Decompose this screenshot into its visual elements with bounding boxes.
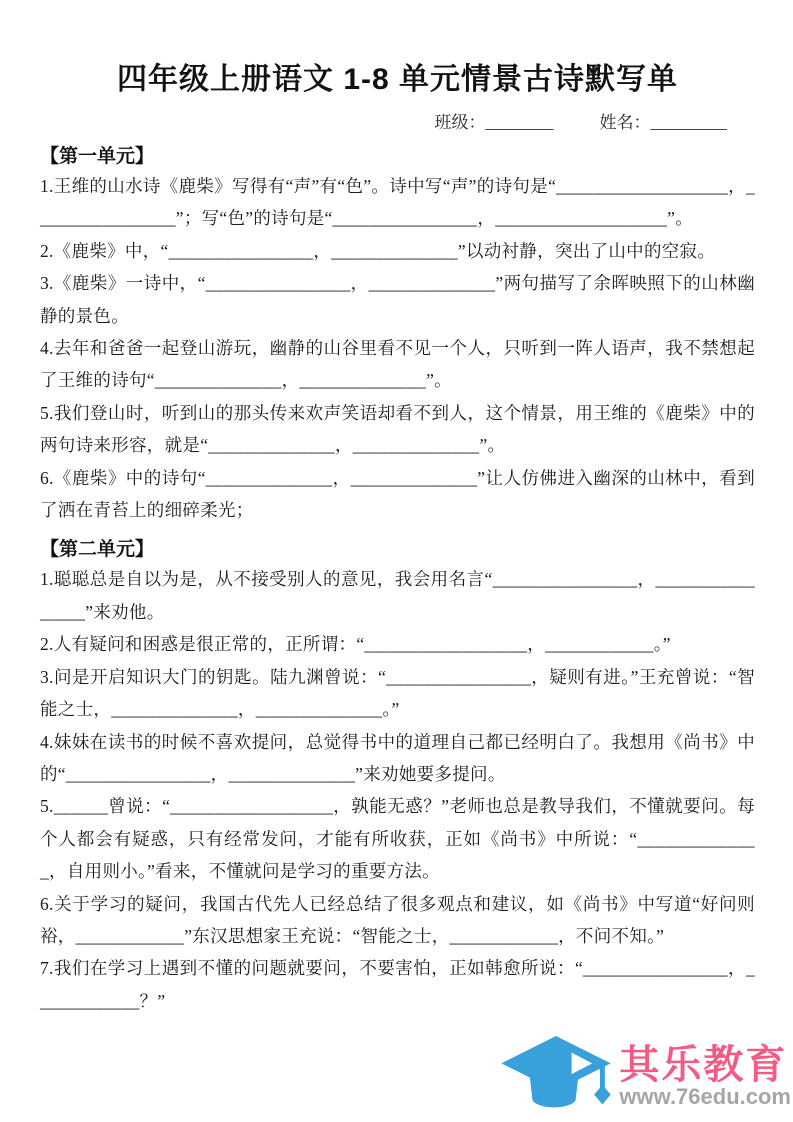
student-info-row: 班级：________ 姓名：_________ [40, 108, 755, 133]
unit2-question-6: 6.关于学习的疑问，我国古代先人已经总结了很多观点和建议，如《尚书》中写道“好问… [40, 888, 755, 953]
unit1-question-3: 3.《鹿柴》一诗中，“________________，____________… [40, 267, 755, 332]
unit2-question-5: 5.______曾说：“__________________，孰能无惑？”老师也… [40, 790, 755, 887]
brand-name: 其乐教育 [619, 1045, 791, 1085]
brand-logo: 其乐教育 www.76edu.com [497, 1034, 791, 1120]
unit2-question-1: 1.聪聪总是自以为是，从不接受别人的意见，我会用名言“_____________… [40, 563, 755, 628]
section-heading-unit2: 【第二单元】 [40, 534, 755, 561]
name-field: 姓名：_________ [600, 108, 728, 133]
unit2-question-3: 3.问是开启知识大门的钥匙。陆九渊曾说：“________________，疑则… [40, 661, 755, 726]
unit1-question-1: 1.王维的山水诗《鹿柴》写得有“声”有“色”。诗中写“声”的诗句是“______… [40, 170, 755, 235]
unit2-question-7: 7.我们在学习上遇到不懂的问题就要问，不要害怕，正如韩愈所说：“________… [40, 952, 755, 1017]
unit2-question-2: 2.人有疑问和困惑是很正常的，正所谓：“__________________，_… [40, 628, 755, 660]
brand-url: www.76edu.com [619, 1085, 791, 1109]
brand-text-block: 其乐教育 www.76edu.com [619, 1045, 791, 1109]
unit1-question-6: 6.《鹿柴》中的诗句“______________，______________… [40, 462, 755, 527]
graduation-cap-icon [497, 1034, 615, 1120]
unit2-question-4: 4.妹妹在读书的时候不喜欢提问，总觉得书中的道理自己都已经明白了。我想用《尚书》… [40, 726, 755, 791]
unit1-question-5: 5.我们登山时，听到山的那头传来欢声笑语却看不到人，这个情景，用王维的《鹿柴》中… [40, 397, 755, 462]
unit1-question-4: 4.去年和爸爸一起登山游玩，幽静的山谷里看不见一个人，只听到一阵人语声，我不禁想… [40, 332, 755, 397]
worksheet-page: 四年级上册语文 1-8 单元情景古诗默写单 班级：________ 姓名：___… [0, 0, 793, 1017]
section-heading-unit1: 【第一单元】 [40, 141, 755, 168]
unit1-question-2: 2.《鹿柴》中，“________________，______________… [40, 235, 755, 267]
class-field: 班级：________ [435, 108, 554, 133]
page-title: 四年级上册语文 1-8 单元情景古诗默写单 [40, 54, 755, 98]
